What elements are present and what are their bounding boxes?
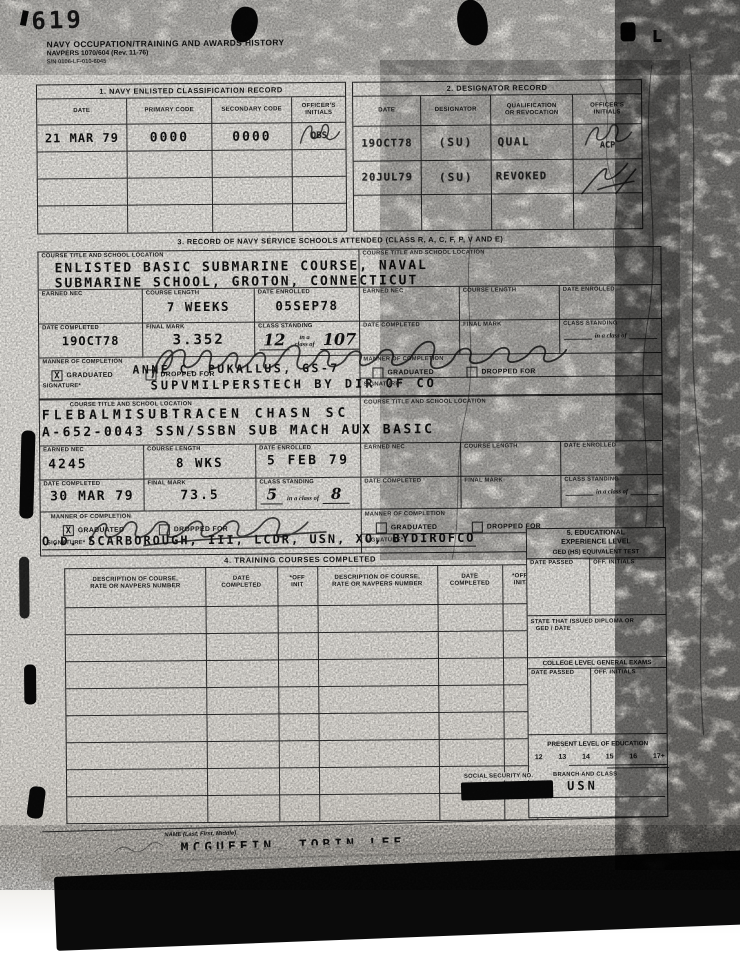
- class-size-value: 107: [320, 330, 360, 350]
- col-primary-code: PRIMARY CODE: [127, 98, 212, 125]
- scan-edge-artifact: [19, 430, 35, 518]
- col-date-completed: DATE COMPLETED: [205, 575, 277, 589]
- nec-initials: OBS: [292, 123, 345, 150]
- class-size-value: 8: [323, 485, 350, 504]
- form-number: NAVPERS 1070/604 (Rev. 11-76): [47, 50, 149, 58]
- form-stock-number: S/N 0106-LF-010-6045: [47, 60, 107, 66]
- earned-nec-cell: EARNED NEC 4245: [40, 446, 144, 481]
- col-date: DATE: [37, 99, 127, 126]
- name-label: NAME (Last, First, Middle): [164, 832, 236, 840]
- branch-and-class-label: BRANCH AND CLASS: [553, 771, 617, 778]
- class-standing-value: 5: [260, 486, 283, 505]
- scan-edge-artifact: [19, 557, 30, 619]
- col-secondary-code: SECONDARY CODE: [212, 97, 292, 124]
- date-enrolled-cell: DATE ENROLLED 05SEP78: [255, 288, 359, 323]
- class-standing-cell: CLASS STANDING 5 in a class of 8: [256, 478, 360, 511]
- branch-value: USN: [567, 779, 598, 793]
- section5-title: 5. EDUCATIONAL EXPERIENCE LEVEL: [527, 529, 665, 547]
- col-qualification: QUALIFICATION OR REVOCATION: [491, 95, 573, 126]
- course-title-cell: COURSE TITLE AND SCHOOL LOCATION FLEBALM…: [40, 398, 360, 447]
- date-passed-label: DATE PASSED: [531, 670, 574, 677]
- qual-value: REVOKED: [492, 159, 574, 194]
- section2-designator-record: 2. DESIGNATOR RECORD DATE DESIGNATOR QUA…: [352, 79, 643, 232]
- nec-primary: 0000: [127, 124, 212, 152]
- date-completed-cell: DATE COMPLETED 19OCT78: [39, 324, 143, 359]
- date-passed-label: DATE PASSED: [530, 560, 573, 567]
- course-length-cell: COURSE LENGTH 7 WEEKS: [143, 289, 255, 324]
- ssn-label: SOCIAL SECURITY NO.: [462, 772, 535, 781]
- off-initials-label: OFF. INITIALS: [593, 559, 635, 566]
- diploma-label-2: GED / DATE: [536, 626, 571, 633]
- col-officers-initials: OFFICER'S INITIALS: [573, 94, 641, 125]
- college-exams-label: COLLEGE LEVEL GENERAL EXAMS: [528, 659, 666, 667]
- col-officers-initials: OFFICER'S INITIALS: [292, 97, 345, 123]
- nec-date: 21 MAR 79: [37, 125, 127, 153]
- class-standing-cell: CLASS STANDING 12 in a class of 107: [255, 322, 359, 357]
- class-standing-value: 12: [259, 331, 289, 351]
- col-off-init: *OFF INIT: [277, 575, 317, 589]
- col-description: DESCRIPTION OF COURSE, RATE OR NAVPERS N…: [317, 574, 437, 588]
- page-stamp-number: 619: [31, 5, 84, 35]
- designator-initials: ACP: [573, 124, 641, 159]
- date-completed-cell: DATE COMPLETED 30 MAR 79: [40, 480, 144, 513]
- education-level-scale: 12 13 14 15 16 17+: [535, 753, 665, 762]
- designator-initials: [574, 159, 642, 194]
- scan-edge-artifact: [26, 786, 46, 820]
- col-date: DATE: [353, 96, 421, 127]
- qual-value: QUAL: [491, 125, 573, 160]
- earned-nec-cell: EARNED NEC: [39, 290, 143, 325]
- col-date-completed: DATE COMPLETED: [437, 573, 502, 587]
- ssn-redaction-bar: [461, 780, 553, 800]
- course-title-cell: COURSE TITLE AND SCHOOL LOCATION ENLISTE…: [38, 250, 358, 291]
- designator-date: 20JUL79: [354, 161, 422, 196]
- section1-nec-record: 1. NAVY ENLISTED CLASSIFICATION RECORD D…: [36, 82, 347, 235]
- diploma-label-1: STATE THAT ISSUED DIPLOMA OR: [531, 618, 634, 625]
- col-description: DESCRIPTION OF COURSE, RATE OR NAVPERS N…: [65, 576, 205, 591]
- hole-punch-mark: [455, 0, 489, 47]
- signer-name-typed: ANNE C. PUKALLUS, GS-7: [132, 361, 339, 377]
- course-title-line1: FLEBALMISUBTRACEN CHASN SC: [42, 406, 350, 424]
- designator-value: (SU): [421, 125, 491, 160]
- final-mark-cell: FINAL MARK 3.352: [143, 323, 255, 358]
- designator-value: (SU): [422, 160, 492, 195]
- ged-test-label: GED (HS) EQUIVALENT TEST: [527, 548, 665, 556]
- date-enrolled-cell: DATE ENROLLED 5 FEB 79: [256, 444, 360, 479]
- present-level-label: PRESENT LEVEL OF EDUCATION: [529, 740, 667, 748]
- ink-mark: [20, 10, 29, 26]
- corner-mark: [653, 30, 661, 42]
- scanned-form-page: 619 NAVY OCCUPATION/TRAINING AND AWARDS …: [0, 0, 740, 963]
- designator-date: 19OCT78: [353, 126, 421, 161]
- nec-secondary: 0000: [212, 123, 292, 151]
- off-initials-label: OFF. INITIALS: [594, 669, 636, 676]
- scan-edge-artifact: [24, 664, 36, 704]
- section5-education-panel: 5. EDUCATIONAL EXPERIENCE LEVEL GED (HS)…: [526, 527, 669, 818]
- final-mark-cell: FINAL MARK 73.5: [144, 479, 256, 512]
- course-length-cell: COURSE LENGTH 8 WKS: [144, 445, 256, 480]
- form-content: 619 NAVY OCCUPATION/TRAINING AND AWARDS …: [0, 0, 740, 963]
- col-designator: DESIGNATOR: [421, 96, 491, 127]
- ink-blot: [620, 22, 635, 41]
- school-block-3-blank: COURSE TITLE AND SCHOOL LOCATION EARNED …: [359, 246, 662, 397]
